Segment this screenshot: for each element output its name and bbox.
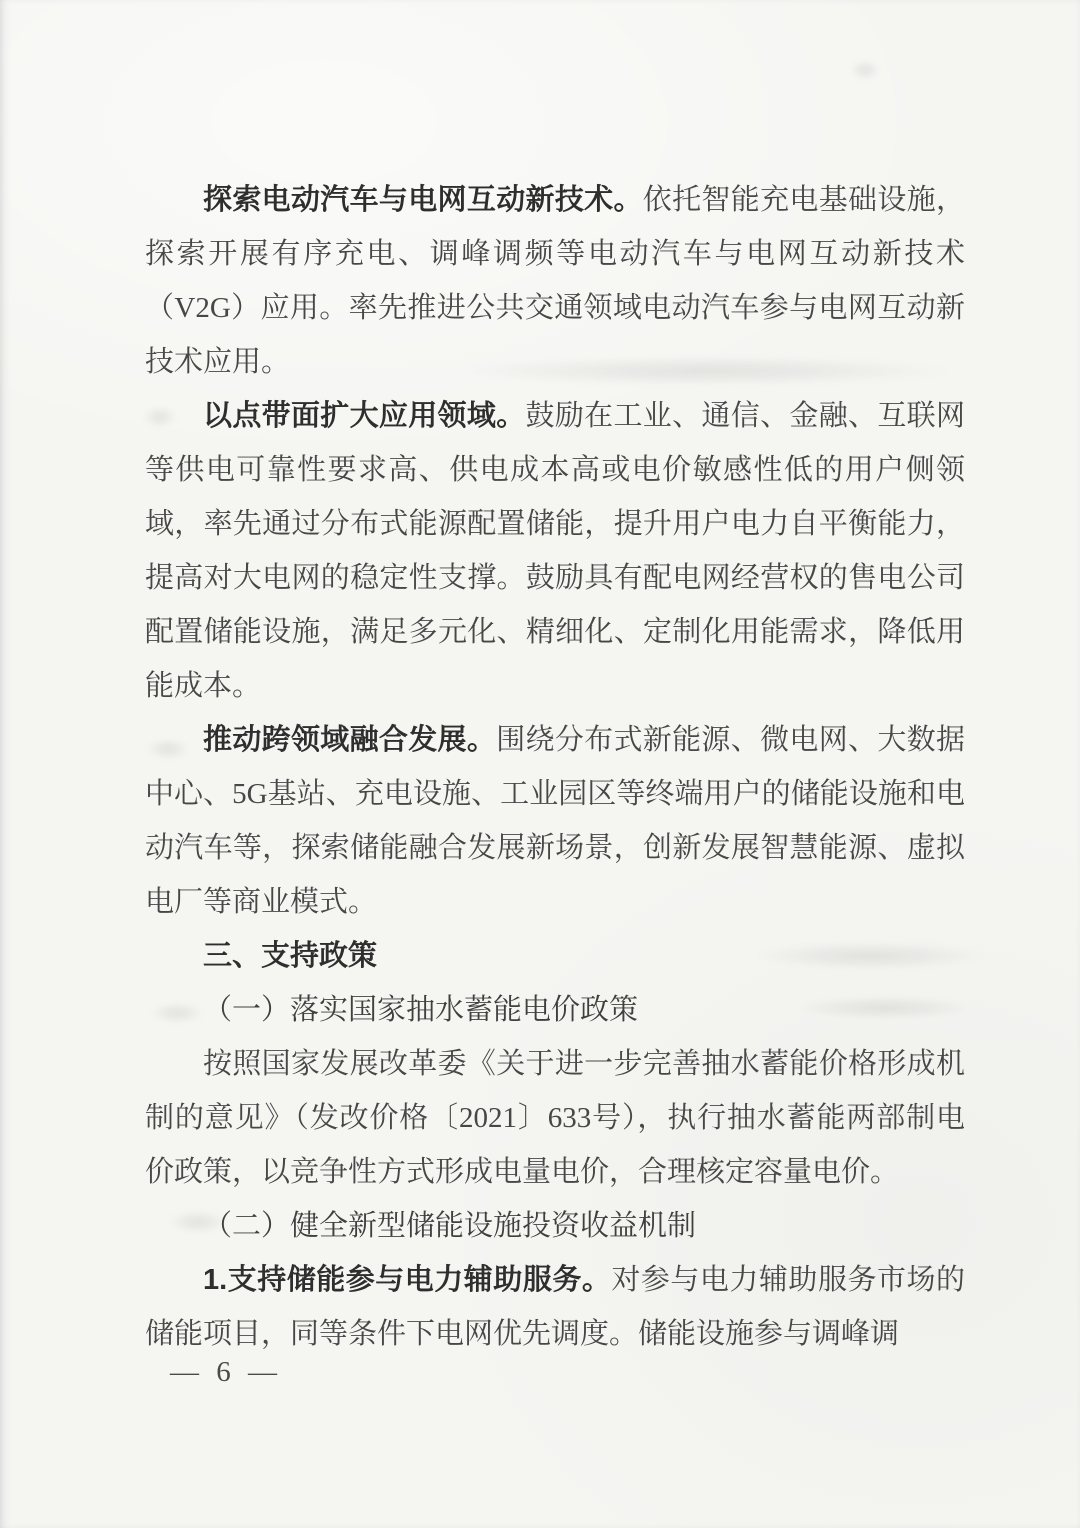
scanned-document-page: 探索电动汽车与电网互动新技术。依托智能充电基础设施，探索开展有序充电、调峰调频等…	[0, 0, 1080, 1528]
paragraph: 以点带面扩大应用领域。鼓励在工业、通信、金融、互联网等供电可靠性要求高、供电成本…	[145, 389, 965, 713]
paragraph-lead: 1.支持储能参与电力辅助服务。	[203, 1264, 611, 1296]
paragraph-text: 鼓励在工业、通信、金融、互联网等供电可靠性要求高、供电成本高或电价敏感性低的用户…	[145, 400, 965, 702]
scan-artifact	[850, 60, 880, 80]
paragraph: 1.支持储能参与电力辅助服务。对参与电力辅助服务市场的储能项目，同等条件下电网优…	[145, 1253, 965, 1361]
section-heading: 三、支持政策	[145, 929, 965, 983]
paragraph-lead: 探索电动汽车与电网互动新技术。	[203, 184, 643, 216]
paragraph: 按照国家发展改革委《关于进一步完善抽水蓄能价格形成机制的意见》（发改价格〔202…	[145, 1037, 965, 1199]
paragraph-lead: 推动跨领域融合发展。	[203, 724, 496, 756]
paragraph-text: 按照国家发展改革委《关于进一步完善抽水蓄能价格形成机制的意见》（发改价格〔202…	[145, 1048, 965, 1188]
paragraph: 探索电动汽车与电网互动新技术。依托智能充电基础设施，探索开展有序充电、调峰调频等…	[145, 173, 965, 389]
subsection-heading: （二）健全新型储能设施投资收益机制	[145, 1199, 965, 1253]
page-number: — 6 —	[170, 1350, 282, 1394]
document-body: 探索电动汽车与电网互动新技术。依托智能充电基础设施，探索开展有序充电、调峰调频等…	[145, 173, 965, 1361]
paragraph: 推动跨领域融合发展。围绕分布式新能源、微电网、大数据中心、5G基站、充电设施、工…	[145, 713, 965, 929]
paragraph-lead: 以点带面扩大应用领域。	[203, 400, 526, 432]
subsection-heading: （一）落实国家抽水蓄能电价政策	[145, 983, 965, 1037]
